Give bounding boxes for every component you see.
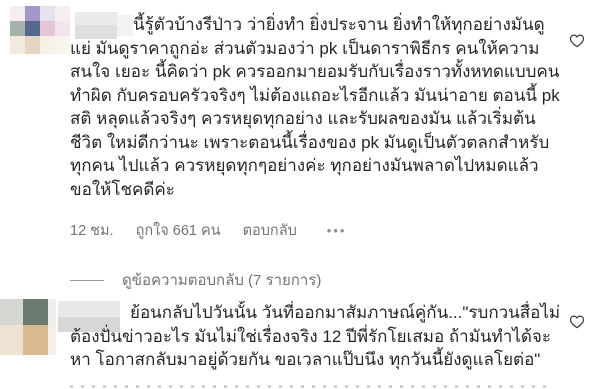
view-replies-label[interactable]: ดูข้อความตอบกลับ (7 รายการ) xyxy=(122,268,321,292)
reply-button[interactable]: ตอบกลับ xyxy=(243,219,297,242)
replies-divider-line xyxy=(70,280,104,281)
likes-count-button[interactable]: ถูกใจ 661 คน xyxy=(136,219,221,242)
view-replies-button[interactable]: ดูข้อความตอบกลับ (7 รายการ) xyxy=(70,268,321,292)
clipped-next-text-line xyxy=(70,385,548,388)
avatar[interactable] xyxy=(0,299,56,355)
comment-timestamp: 12 ชม. xyxy=(70,219,114,242)
more-options-icon[interactable]: ••• xyxy=(327,223,347,238)
comment-meta-row: 12 ชม. ถูกใจ 661 คน ตอบกลับ ••• xyxy=(70,219,346,242)
avatar[interactable] xyxy=(10,6,70,54)
comment-text: นี้รู้ตัวบ้างรีป่าว ว่ายิ่งทำ ยิ่งประจาน… xyxy=(70,13,564,201)
comment-text: ย้อนกลับไปวันนั้น วันที่ออกมาสัมภาษณ์คู่… xyxy=(70,301,564,389)
comments-panel: { "ui": { "background": "#ffffff", "text… xyxy=(0,0,600,389)
like-heart-icon[interactable] xyxy=(566,311,588,333)
like-heart-icon[interactable] xyxy=(566,30,588,52)
